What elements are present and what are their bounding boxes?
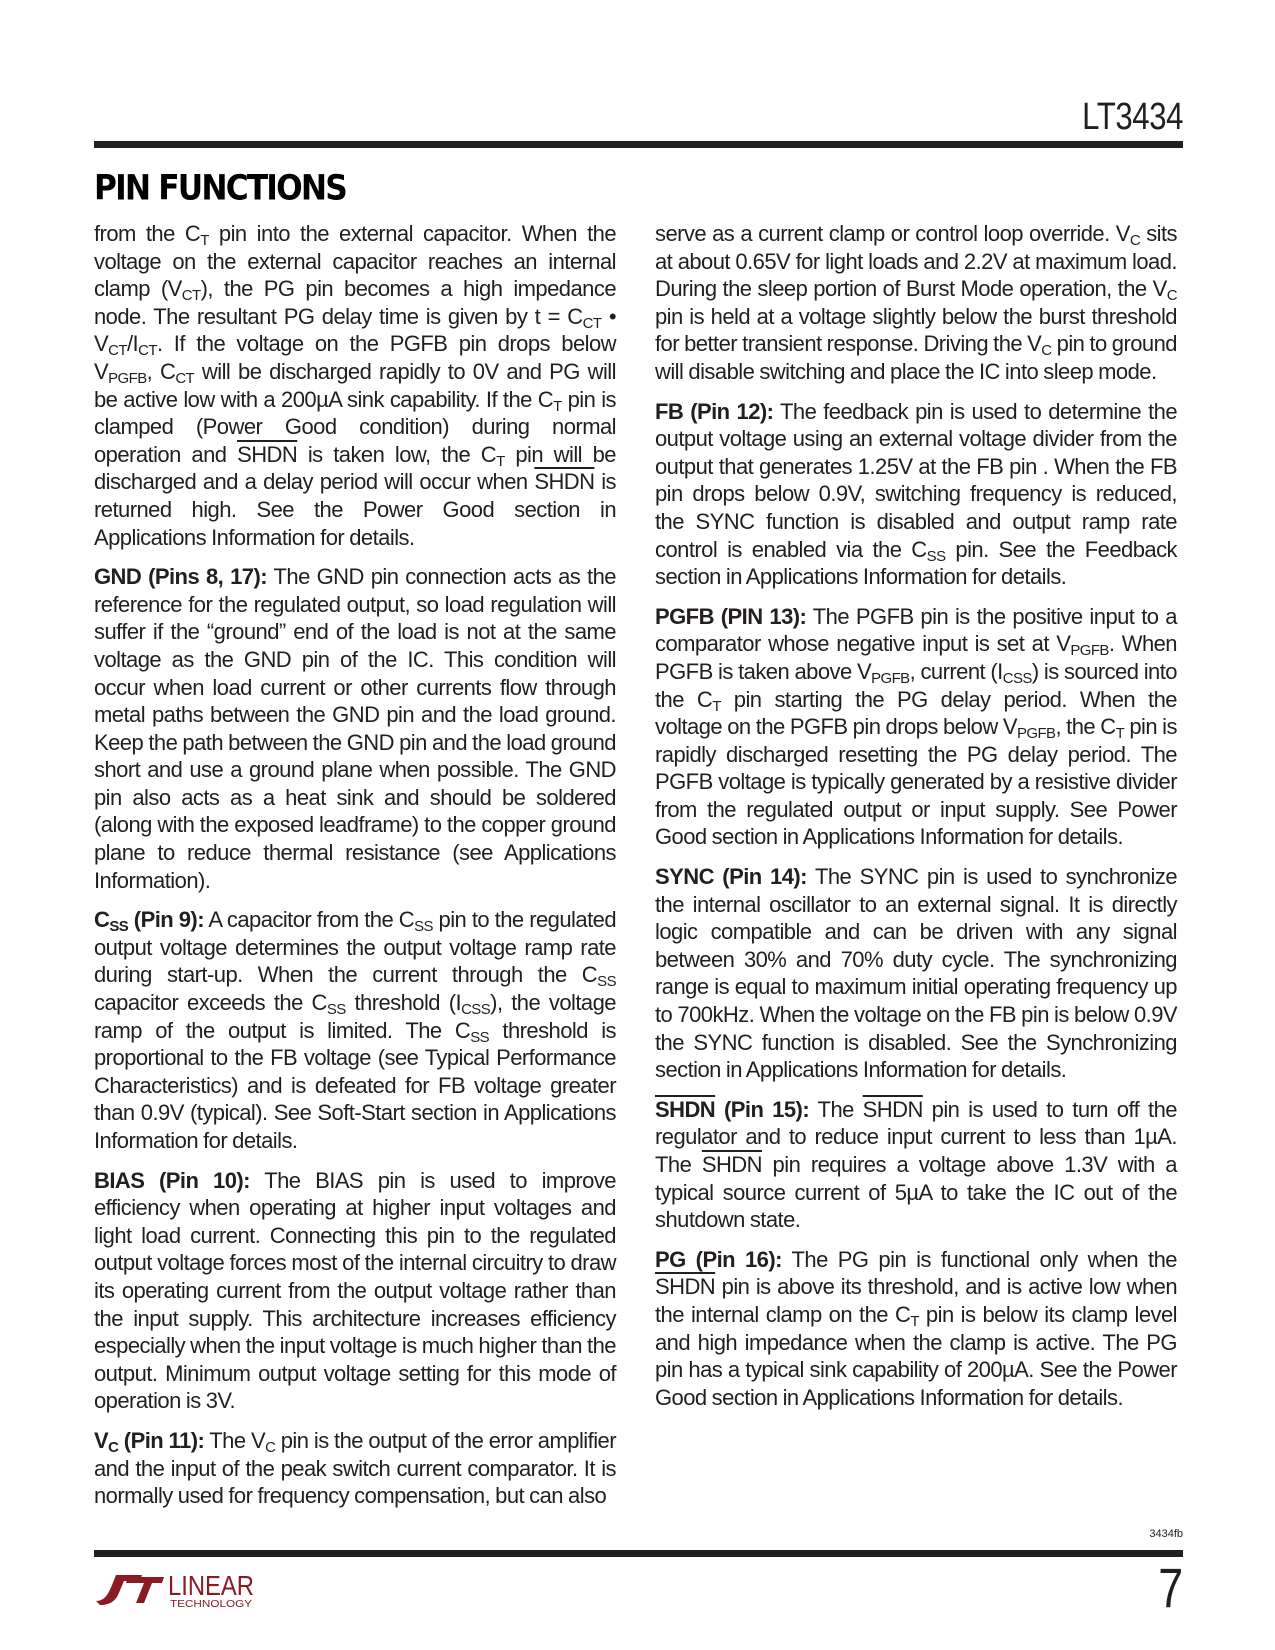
subscript: T [712, 698, 721, 715]
subscript: CT [108, 343, 127, 360]
subscript: CT [583, 315, 602, 332]
subscript: C [1167, 287, 1177, 304]
pin-description-css: CSS (Pin 9): A capacitor from the CSS pi… [94, 906, 616, 1154]
linear-technology-logo-icon: LINEAR TECHNOLOGY [94, 1565, 264, 1610]
pin-description-gnd: GND (Pins 8, 17): The GND pin connection… [94, 563, 616, 894]
pin-name: PGFB (PIN 13): [655, 604, 806, 629]
subscript: T [1116, 725, 1125, 742]
subscript: SS [109, 918, 128, 935]
subscript: CSS [1003, 670, 1032, 687]
pin-name: FB (Pin 12): [655, 399, 773, 424]
pin-description-ct-continued: from the CT pin into the external capaci… [94, 220, 616, 551]
pin-name: BIAS (Pin 10): [94, 1168, 250, 1193]
subscript: CT [175, 370, 194, 387]
subscript: PGFB [1070, 643, 1109, 660]
subscript: T [553, 398, 562, 415]
subscript: CT [182, 287, 201, 304]
subscript: C [265, 1439, 275, 1456]
pin-name: PG (Pin 16): [655, 1247, 782, 1272]
overline-signal: SHDN [534, 469, 594, 494]
pin-description-sync: SYNC (Pin 14): The SYNC pin is used to s… [655, 863, 1177, 1084]
subscript: CSS [461, 1001, 490, 1018]
pin-description-pg: PG (Pin 16): The PG pin is functional on… [655, 1246, 1177, 1412]
overline-signal: SHDN [702, 1152, 762, 1177]
subscript: T [910, 1313, 919, 1330]
section-title: PIN FUNCTIONS [94, 168, 346, 209]
pin-name: GND (Pins 8, 17): [94, 564, 267, 589]
subscript: C [108, 1439, 118, 1456]
page-number: 7 [1158, 1560, 1183, 1616]
subscript: PGFB [1017, 725, 1056, 742]
subscript: SS [927, 548, 946, 565]
overline-signal: SHDN [863, 1097, 923, 1122]
pin-name: SHDN (Pin 15): [655, 1097, 809, 1122]
subscript: C [1041, 343, 1051, 360]
pin-description-shdn: SHDN (Pin 15): The SHDN pin is used to t… [655, 1096, 1177, 1234]
subscript: T [496, 453, 505, 470]
subscript: SS [327, 1001, 346, 1018]
pin-description-fb: FB (Pin 12): The feedback pin is used to… [655, 398, 1177, 591]
pin-description-pgfb: PGFB (PIN 13): The PGFB pin is the posit… [655, 603, 1177, 851]
left-column: from the CT pin into the external capaci… [94, 220, 616, 1522]
subscript: PGFB [871, 670, 910, 687]
overline-signal: SHDN [237, 442, 297, 467]
subscript: CT [138, 343, 157, 360]
pin-description-vc-continued: serve as a current clamp or control loop… [655, 220, 1177, 386]
subscript: C [1130, 232, 1140, 249]
bottom-rule [94, 1550, 1183, 1557]
document-code: 3434fb [1149, 1528, 1183, 1540]
pin-description-bias: BIAS (Pin 10): The BIAS pin is used to i… [94, 1167, 616, 1415]
subscript: SS [470, 1029, 489, 1046]
pin-description-vc: VC (Pin 11): The VC pin is the output of… [94, 1427, 616, 1510]
part-number: LT3434 [1082, 96, 1183, 139]
subscript: PGFB [108, 370, 147, 387]
subscript: T [200, 232, 209, 249]
pin-name: VC (Pin 11): [94, 1428, 204, 1453]
top-rule [94, 141, 1183, 148]
subscript: SS [414, 918, 433, 935]
pin-name: CSS (Pin 9): [94, 907, 204, 932]
logo-subtext: TECHNOLOGY [170, 1599, 252, 1610]
pin-name: SYNC (Pin 14): [655, 864, 807, 889]
subscript: SS [597, 974, 616, 991]
right-column: serve as a current clamp or control loop… [655, 220, 1177, 1423]
overline-signal: SHDN [655, 1097, 715, 1122]
overline-signal: SHDN [655, 1274, 715, 1299]
logo-wordmark: LINEAR [168, 1570, 254, 1601]
